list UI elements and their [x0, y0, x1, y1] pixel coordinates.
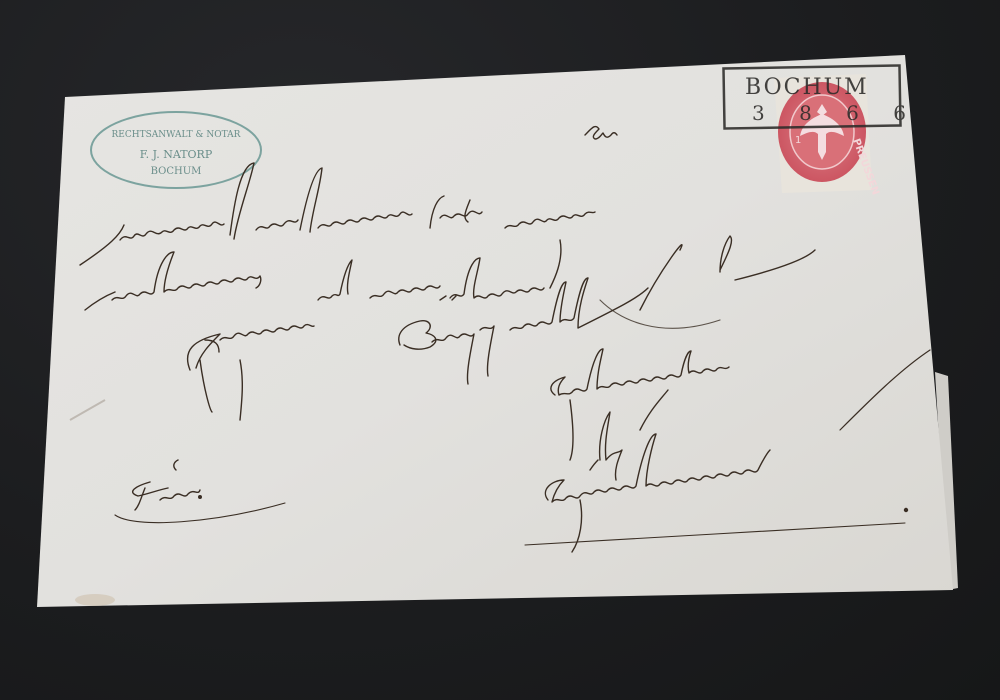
- handstamp-line3: BOCHUM: [151, 166, 202, 177]
- envelope-scene: RECHTSANWALT & NOTAR F. J. NATORP BOCHUM…: [0, 0, 1000, 700]
- handstamp-line2: F. J. NATORP: [140, 148, 213, 161]
- postmark-date: 3 8 6 6: [752, 101, 920, 125]
- stamp-value-text: 1: [795, 135, 801, 146]
- handstamp-line1: RECHTSANWALT & NOTAR: [112, 130, 241, 140]
- postmark-town: BOCHUM: [745, 75, 869, 100]
